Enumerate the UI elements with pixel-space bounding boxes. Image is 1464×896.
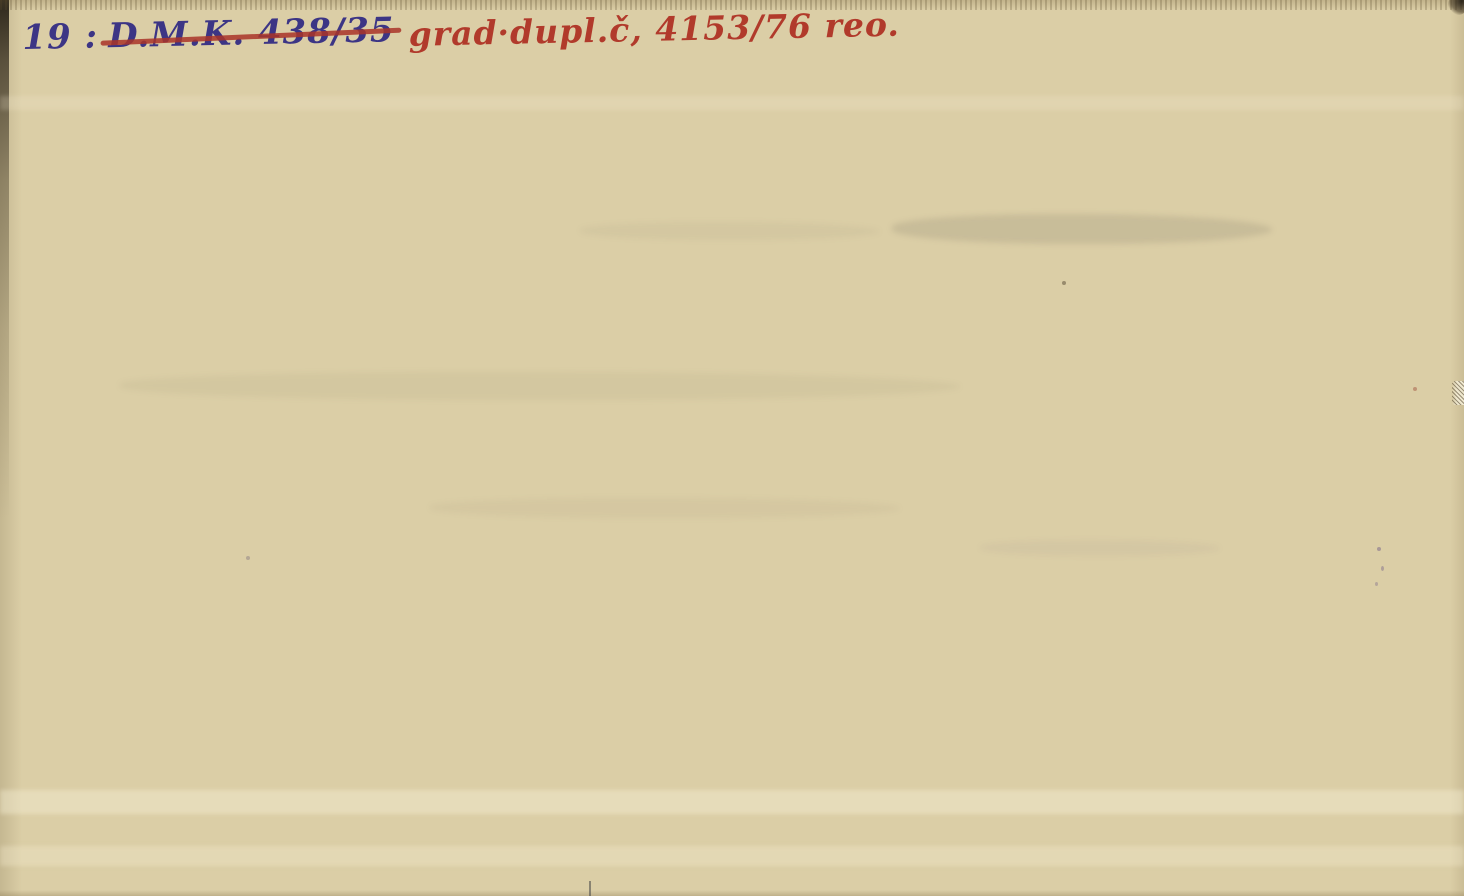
scanned-card: 19 :D.M.K. 438/35grad·dupl.č, 4153/76 re… [0,0,1464,896]
show-through-smudge [120,372,960,400]
show-through-smudge [430,498,900,518]
bottom-edge-shadow [0,890,1464,896]
paper-pressure-band [0,790,1464,814]
ink-speck [1413,387,1417,391]
show-through-smudge [892,214,1272,244]
ink-speck [1375,582,1378,586]
right-edge-notch [1452,381,1464,405]
annotation-red-reference: grad·dupl.č, 4153/76 reo. [408,5,900,54]
show-through-smudge [580,222,880,240]
paper-pressure-band [0,96,1464,110]
paper-pressure-band [0,846,1464,866]
ink-speck [1381,566,1384,571]
left-edge-scan-shadow [0,0,9,520]
ink-speck [1377,547,1381,551]
show-through-smudge [980,540,1220,556]
right-edge-soft-shadow [1450,0,1464,896]
ink-speck [1062,281,1066,285]
annotation-struck-reference: D.M.K. 438/35 [108,10,395,56]
ink-speck [246,556,250,560]
annotation-index-number: 19 : [22,16,99,58]
struck-reference-text: D.M.K. 438/35 [108,10,395,56]
bottom-edge-tick [589,881,591,896]
